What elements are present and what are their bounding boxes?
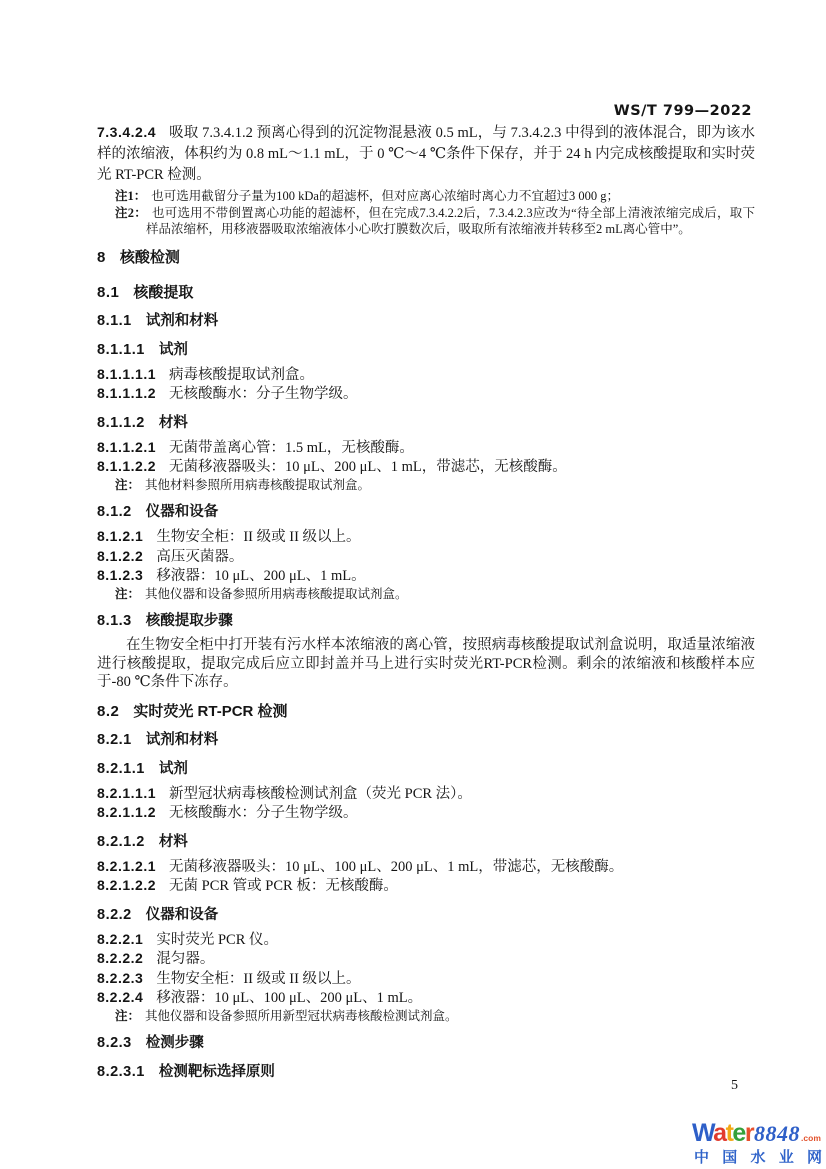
page-number: 5	[731, 1078, 738, 1094]
watermark-logo: Water 8848 .com 中国水业网	[692, 1121, 824, 1165]
heading-number: 8.2.2	[97, 907, 132, 923]
heading-number: 8.1.3	[97, 613, 132, 629]
doc-block-para-19: 在生物安全柜中打开装有污水样本浓缩液的离心管，按照病毒核酸提取试剂盒说明，取适量…	[97, 636, 755, 692]
heading-title: 核酸提取步骤	[146, 613, 233, 629]
heading-title: 核酸检测	[120, 249, 180, 266]
clause-number: 8.1.1.2.1	[97, 439, 156, 455]
clause-text: 高压灭菌器。	[156, 549, 243, 565]
note-text: 也可选用截留分子量为100 kDa的超滤杯，但对应离心浓缩时离心力不宜超过3 0…	[151, 189, 619, 203]
doc-block-8-2-1-2-2: 8.2.1.2.2无菌 PCR 管或 PCR 板：无核酸酶。	[97, 876, 755, 896]
note-text: 也可选用不带倒置离心功能的超滤杯，但在完成7.3.4.2.2后，7.3.4.2.…	[146, 206, 755, 237]
heading-number: 8	[97, 249, 106, 266]
clause-number: 8.2.1.2.2	[97, 877, 156, 893]
paragraph-text: 在生物安全柜中打开装有污水样本浓缩液的离心管，按照病毒核酸提取试剂盒说明，取适量…	[97, 637, 755, 690]
doc-block-note-33: 注：其他仪器和设备参照所用新型冠状病毒核酸检测试剂盒。	[97, 1008, 755, 1025]
doc-block-8-1-1-2-1: 8.1.1.2.1无菌带盖离心管：1.5 mL，无核酸酶。	[97, 438, 755, 458]
watermark-subtitle: 中国水业网	[692, 1150, 824, 1165]
note-text: 其他仪器和设备参照所用病毒核酸提取试剂盒。	[145, 587, 408, 601]
clause-text: 吸取 7.3.4.1.2 预离心得到的沉淀物混悬液 0.5 mL，与 7.3.4…	[97, 125, 755, 183]
clause-number: 8.2.2.1	[97, 931, 143, 947]
doc-block-8-1-1-1: 8.1.1.1试剂	[97, 341, 755, 360]
doc-block-8-2-1-2-1: 8.2.1.2.1无菌移液器吸头：10 μL、100 μL、200 μL、1 m…	[97, 857, 755, 877]
heading-title: 核酸提取	[133, 284, 193, 301]
watermark-subtitle-char: 业	[779, 1150, 794, 1165]
doc-block-8-1-3: 8.1.3核酸提取步骤	[97, 612, 755, 631]
heading-number: 8.2.1	[97, 732, 132, 748]
doc-block-8: 8核酸检测	[97, 248, 755, 267]
clause-number: 8.2.2.2	[97, 950, 143, 966]
doc-block-8-1-2-2: 8.1.2.2高压灭菌器。	[97, 547, 755, 567]
doc-block-8-1-2-1: 8.1.2.1生物安全柜：II 级或 II 级以上。	[97, 527, 755, 547]
watermark-subtitle-char: 网	[807, 1150, 822, 1165]
doc-block-7-3-4-2-4: 7.3.4.2.4吸取 7.3.4.1.2 预离心得到的沉淀物混悬液 0.5 m…	[97, 122, 755, 186]
document-page: WS/T 799—2022 7.3.4.2.4吸取 7.3.4.1.2 预离心得…	[0, 0, 826, 1169]
clause-number: 8.1.1.2.2	[97, 458, 156, 474]
clause-text: 实时荧光 PCR 仪。	[156, 932, 278, 948]
heading-number: 8.1.1.2	[97, 415, 145, 431]
doc-block-note-2: 注2：也可选用不带倒置离心功能的超滤杯，但在完成7.3.4.2.2后，7.3.4…	[97, 205, 755, 238]
heading-title: 试剂	[159, 761, 188, 777]
heading-title: 检测步骤	[146, 1035, 204, 1051]
watermark-subtitle-char: 中	[694, 1150, 709, 1165]
note-label: 注：	[115, 478, 140, 492]
doc-block-8-2-1-2: 8.2.1.2材料	[97, 833, 755, 852]
doc-block-8-1-1-2-2: 8.1.1.2.2无菌移液器吸头：10 μL、200 μL、1 mL，带滤芯，无…	[97, 457, 755, 477]
doc-block-8-1-2-3: 8.1.2.3移液器：10 μL、200 μL、1 mL。	[97, 566, 755, 586]
clause-text: 移液器：10 μL、100 μL、200 μL、1 mL。	[156, 990, 422, 1006]
doc-block-8-1-1-1-1: 8.1.1.1.1病毒核酸提取试剂盒。	[97, 365, 755, 385]
heading-title: 试剂	[159, 342, 188, 358]
clause-number: 8.2.2.3	[97, 970, 143, 986]
note-label: 注：	[115, 1009, 140, 1023]
watermark-letter: e	[732, 1119, 744, 1147]
note-label: 注1：	[115, 189, 146, 203]
watermark-brand-word: Water	[692, 1121, 753, 1146]
clause-text: 移液器：10 μL、200 μL、1 mL。	[156, 568, 365, 584]
heading-number: 8.2.1.1	[97, 761, 145, 777]
clause-text: 混匀器。	[156, 951, 214, 967]
doc-block-8-2-2: 8.2.2仪器和设备	[97, 906, 755, 925]
doc-block-8-2-2-4: 8.2.2.4移液器：10 μL、100 μL、200 μL、1 mL。	[97, 988, 755, 1008]
clause-text: 无菌移液器吸头：10 μL、200 μL、1 mL，带滤芯，无核酸酶。	[169, 459, 567, 475]
heading-title: 仪器和设备	[146, 907, 219, 923]
clause-number: 8.1.2.1	[97, 528, 143, 544]
heading-number: 8.1.1	[97, 313, 132, 329]
doc-block-8-2-1-1: 8.2.1.1试剂	[97, 760, 755, 779]
heading-title: 仪器和设备	[146, 504, 219, 520]
doc-block-note-1: 注1：也可选用截留分子量为100 kDa的超滤杯，但对应离心浓缩时离心力不宜超过…	[97, 188, 755, 205]
note-label: 注2：	[115, 206, 147, 220]
clause-text: 病毒核酸提取试剂盒。	[169, 367, 314, 383]
heading-title: 试剂和材料	[146, 732, 219, 748]
doc-block-8-2-1-1-2: 8.2.1.1.2无核酸酶水：分子生物学级。	[97, 803, 755, 823]
clause-text: 生物安全柜：II 级或 II 级以上。	[156, 971, 360, 987]
note-text: 其他仪器和设备参照所用新型冠状病毒核酸检测试剂盒。	[145, 1009, 458, 1023]
clause-text: 无菌带盖离心管：1.5 mL，无核酸酶。	[169, 440, 414, 456]
doc-block-8-1: 8.1核酸提取	[97, 283, 755, 302]
clause-number: 8.1.1.1.1	[97, 366, 156, 382]
heading-number: 8.1.1.1	[97, 342, 145, 358]
watermark-letter: W	[692, 1119, 713, 1147]
heading-number: 8.2.3.1	[97, 1064, 145, 1080]
watermark-brand-number: 8848	[754, 1123, 800, 1145]
clause-number: 7.3.4.2.4	[97, 124, 156, 140]
clause-number: 8.1.2.2	[97, 548, 143, 564]
heading-title: 实时荧光 RT-PCR 检测	[133, 703, 287, 720]
note-label: 注：	[115, 587, 140, 601]
doc-block-8-2: 8.2实时荧光 RT-PCR 检测	[97, 702, 755, 721]
heading-number: 8.2	[97, 703, 119, 720]
clause-text: 无菌 PCR 管或 PCR 板：无核酸酶。	[169, 878, 398, 894]
doc-block-8-2-3-1: 8.2.3.1检测靶标选择原则	[97, 1063, 755, 1082]
clause-text: 无核酸酶水：分子生物学级。	[169, 805, 358, 821]
doc-block-note-12: 注：其他材料参照所用病毒核酸提取试剂盒。	[97, 477, 755, 494]
clause-text: 生物安全柜：II 级或 II 级以上。	[156, 529, 360, 545]
heading-title: 材料	[159, 415, 188, 431]
clause-number: 8.2.1.1.2	[97, 804, 156, 820]
doc-block-note-17: 注：其他仪器和设备参照所用病毒核酸提取试剂盒。	[97, 586, 755, 603]
doc-block-8-1-1: 8.1.1试剂和材料	[97, 312, 755, 331]
clause-text: 无核酸酶水：分子生物学级。	[169, 386, 358, 402]
watermark-brand-tld: .com	[801, 1134, 821, 1143]
doc-block-8-2-1: 8.2.1试剂和材料	[97, 731, 755, 750]
watermark-letter: r	[745, 1119, 753, 1147]
doc-block-8-2-2-2: 8.2.2.2混匀器。	[97, 949, 755, 969]
heading-title: 材料	[159, 834, 188, 850]
clause-text: 新型冠状病毒核酸检测试剂盒（荧光 PCR 法）。	[169, 786, 472, 802]
standard-number-header: WS/T 799—2022	[614, 103, 752, 119]
doc-block-8-1-1-1-2: 8.1.1.1.2无核酸酶水：分子生物学级。	[97, 384, 755, 404]
doc-block-8-2-2-1: 8.2.2.1实时荧光 PCR 仪。	[97, 930, 755, 950]
heading-number: 8.1.2	[97, 504, 132, 520]
doc-block-8-2-3: 8.2.3检测步骤	[97, 1034, 755, 1053]
clause-number: 8.1.2.3	[97, 567, 143, 583]
watermark-subtitle-char: 国	[722, 1150, 737, 1165]
heading-title: 试剂和材料	[146, 313, 219, 329]
doc-block-8-1-1-2: 8.1.1.2材料	[97, 414, 755, 433]
doc-block-8-1-2: 8.1.2仪器和设备	[97, 503, 755, 522]
heading-title: 检测靶标选择原则	[159, 1064, 275, 1080]
heading-number: 8.1	[97, 284, 119, 301]
doc-block-8-2-2-3: 8.2.2.3生物安全柜：II 级或 II 级以上。	[97, 969, 755, 989]
clause-number: 8.1.1.1.2	[97, 385, 156, 401]
watermark-letter: a	[713, 1119, 725, 1147]
document-body: 7.3.4.2.4吸取 7.3.4.1.2 预离心得到的沉淀物混悬液 0.5 m…	[97, 122, 755, 1087]
heading-number: 8.2.3	[97, 1035, 132, 1051]
watermark-subtitle-char: 水	[750, 1150, 765, 1165]
doc-block-8-2-1-1-1: 8.2.1.1.1新型冠状病毒核酸检测试剂盒（荧光 PCR 法）。	[97, 784, 755, 804]
clause-number: 8.2.2.4	[97, 989, 143, 1005]
note-text: 其他材料参照所用病毒核酸提取试剂盒。	[145, 478, 370, 492]
clause-number: 8.2.1.2.1	[97, 858, 156, 874]
heading-number: 8.2.1.2	[97, 834, 145, 850]
clause-text: 无菌移液器吸头：10 μL、100 μL、200 μL、1 mL，带滤芯，无核酸…	[169, 859, 623, 875]
clause-number: 8.2.1.1.1	[97, 785, 156, 801]
watermark-brand-row: Water 8848 .com	[692, 1121, 824, 1146]
